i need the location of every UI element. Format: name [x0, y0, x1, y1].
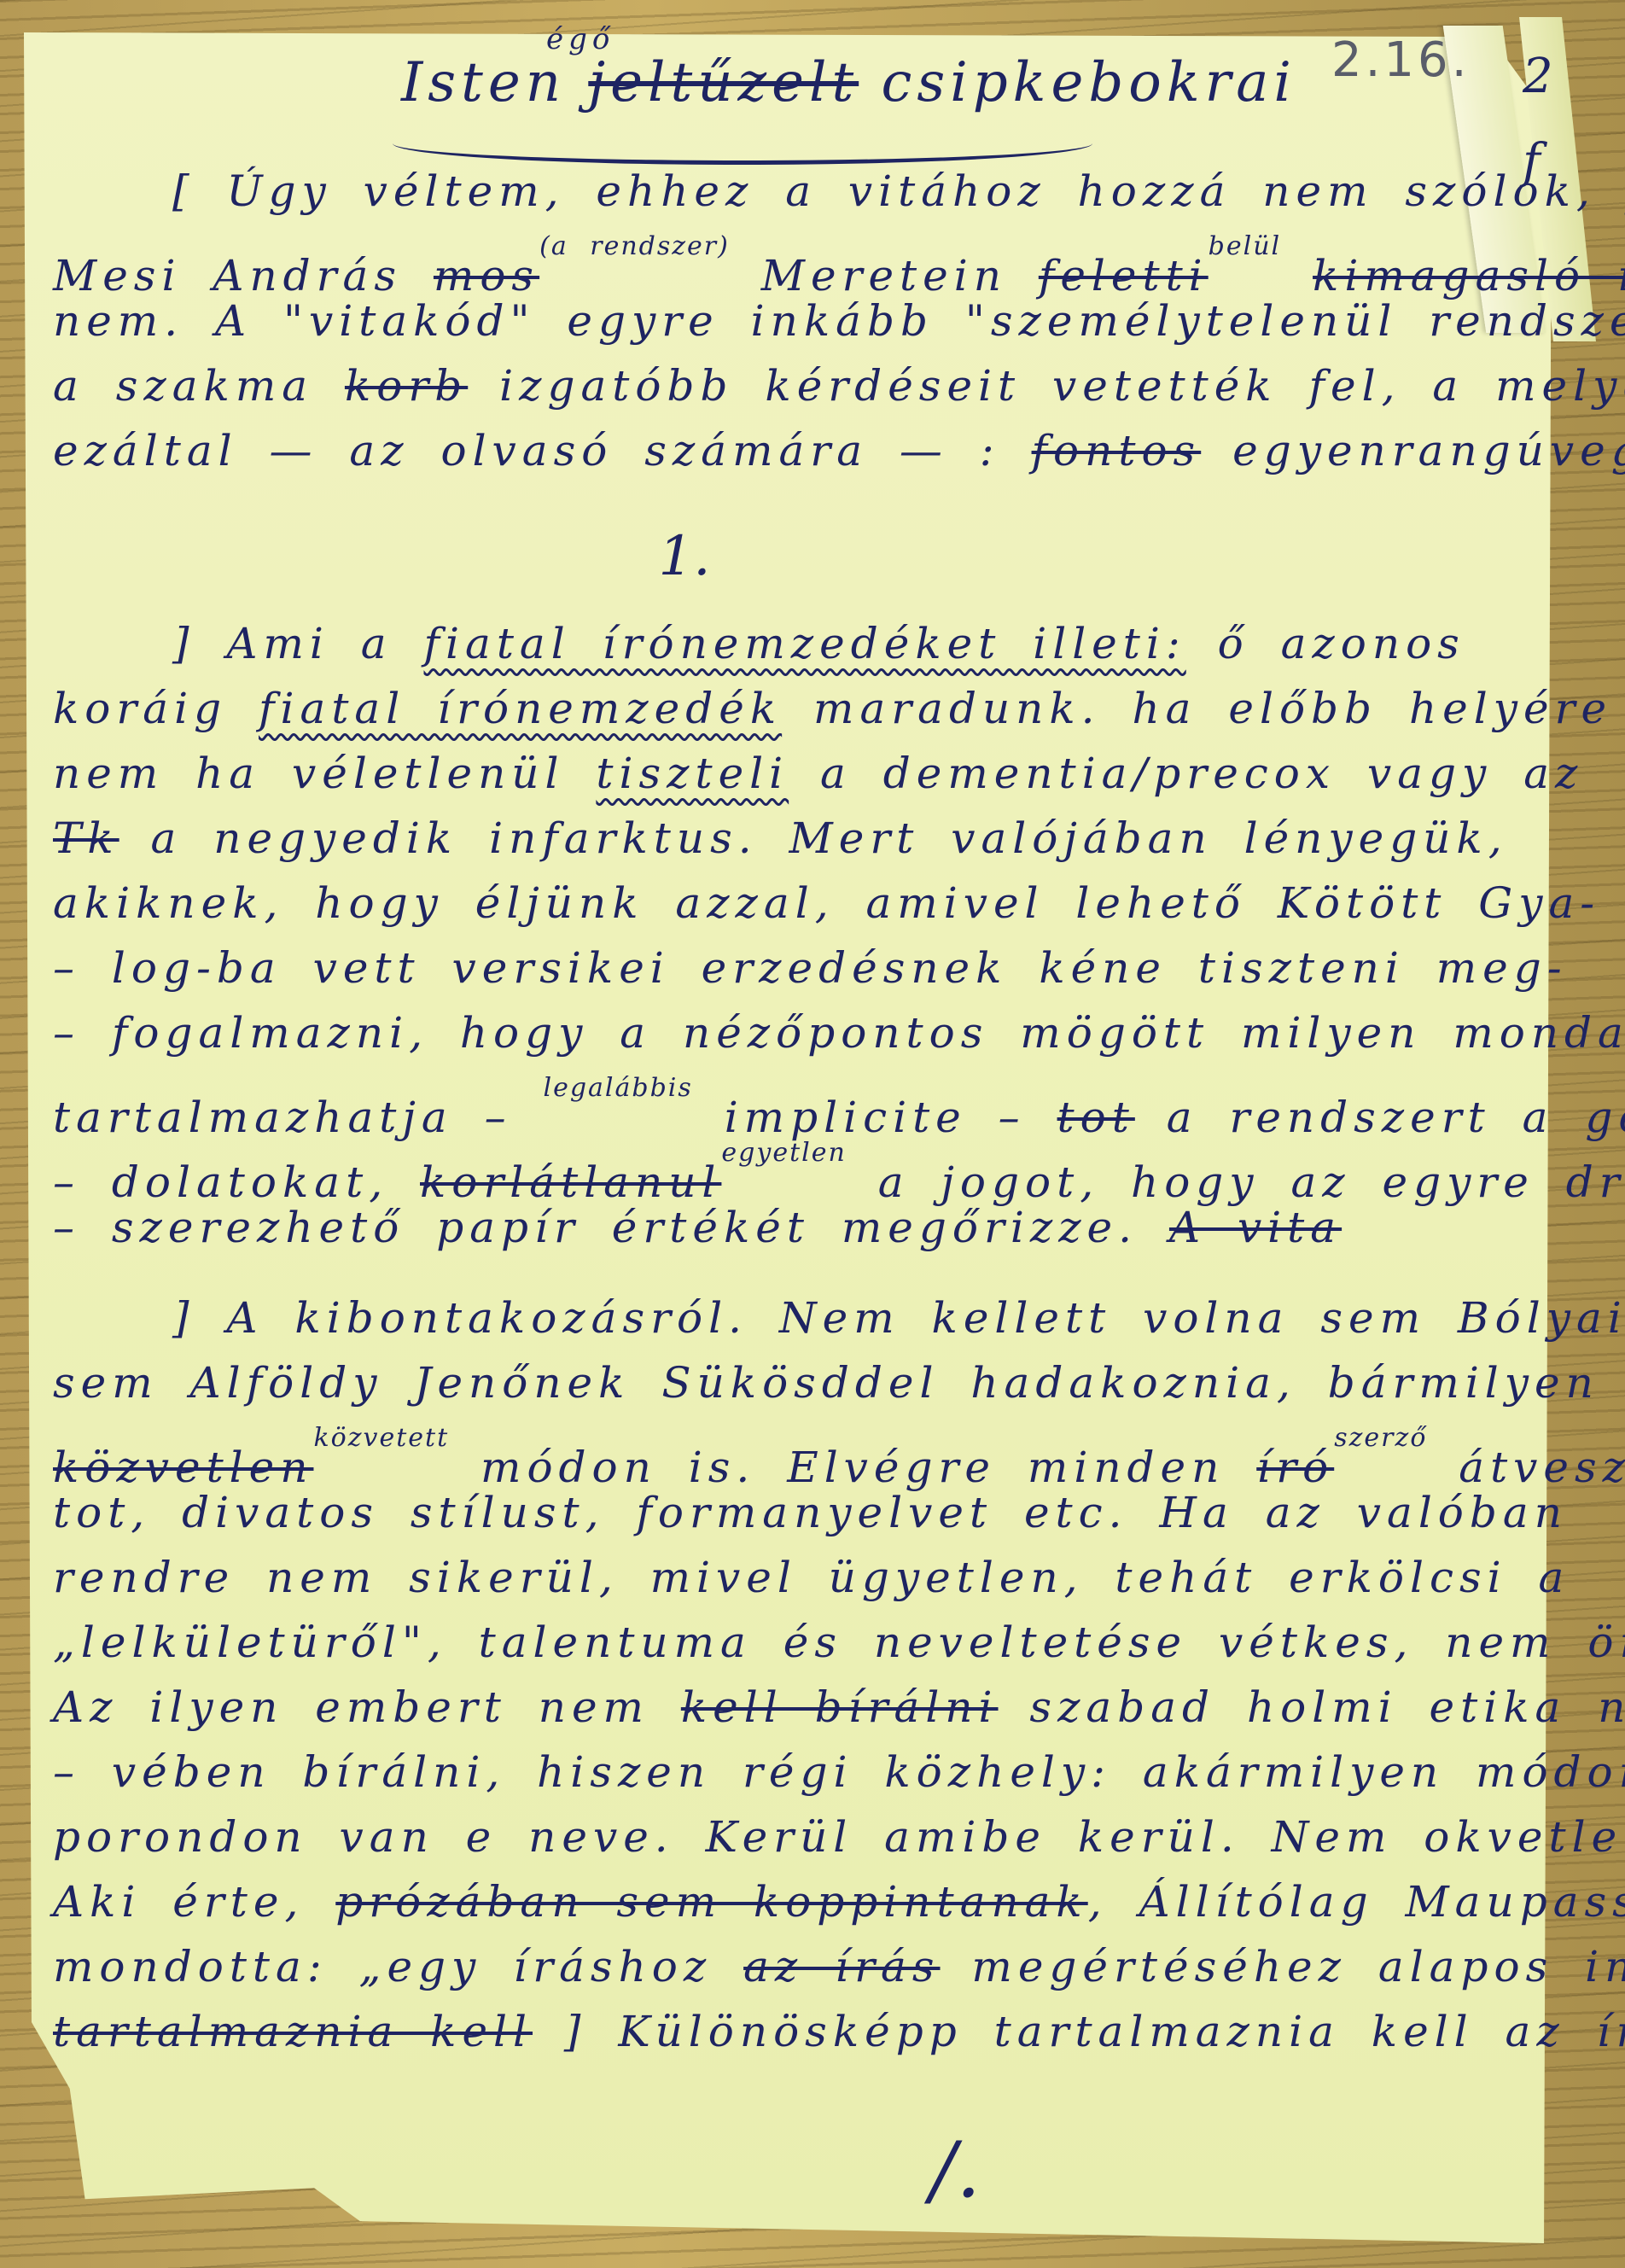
manuscript-line: ] Ami a fiatal írónemzedéket illeti: ő a…	[53, 619, 1504, 684]
text-segment: módon is. Elvégre minden	[449, 1443, 1256, 1492]
text-segment: „lelkületüről", talentuma és neveltetése…	[53, 1618, 1625, 1667]
manuscript-line: nem. A "vitakód" egyre inkább "személyte…	[53, 296, 1504, 361]
text-segment: a dementia/precox vagy az	[789, 749, 1583, 798]
manuscript-line: nem ha véletlenül tiszteli a dementia/pr…	[53, 749, 1504, 813]
manuscript-line: a szakma korb izgatóbb kérdéseit vetetté…	[53, 361, 1504, 426]
struck-text: az írás	[743, 1942, 940, 1991]
manuscript-line: ezáltal — az olvasó számára — : fontos e…	[53, 426, 1504, 491]
manuscript-line: sem Alföldy Jenőnek Sükösddel hadakoznia…	[53, 1358, 1504, 1423]
struck-text: kell bírálni	[681, 1682, 999, 1732]
manuscript-line: – szerezhető papír értékét megőrizze. A …	[53, 1203, 1504, 1268]
manuscript-line: [ Úgy véltem, ehhez a vitához hozzá nem …	[53, 166, 1504, 231]
manuscript-line: akiknek, hogy éljünk azzal, amivel lehet…	[53, 878, 1504, 943]
inserted-text: közvetett	[313, 1423, 449, 1453]
end-mark: /.	[930, 2125, 981, 2215]
page-number: 2.16.	[1331, 32, 1471, 88]
manuscript-line: – dolatokat, korlátlanulegyetlen a jogot…	[53, 1138, 1504, 1203]
text-segment: tartalmazhatja –	[53, 1093, 543, 1142]
manuscript-line: Az ilyen embert nem kell bírálni szabad …	[53, 1682, 1504, 1747]
edge-mark: 2	[1523, 34, 1557, 120]
text-segment: ezáltal — az olvasó számára — :	[53, 426, 1032, 475]
text-segment: – dolatokat,	[53, 1157, 420, 1207]
manuscript-body: [ Úgy véltem, ehhez a vitához hozzá nem …	[53, 166, 1504, 2072]
text-segment: Aki érte,	[53, 1877, 335, 1927]
underlined-text: fiatal írónemzedéket illeti:	[424, 619, 1186, 668]
inserted-text: legalábbis	[543, 1073, 692, 1103]
text-segment: nem. A "vitakód" egyre inkább "személyte…	[53, 296, 1625, 346]
manuscript-line: Tk a negyedik infarktus. Mert valójában …	[53, 813, 1504, 878]
manuscript-line: koráig fiatal írónemzedék maradunk. ha e…	[53, 684, 1504, 749]
inserted-text: szerző	[1334, 1423, 1427, 1453]
struck-text: közvetlen	[53, 1443, 313, 1492]
manuscript-line: tartalmazhatja – legalábbis implicite – …	[53, 1073, 1504, 1138]
struck-text: író	[1256, 1443, 1334, 1492]
text-segment: maradunk. ha előbb helyére	[782, 684, 1612, 733]
page-title: Isten jeltűzelt égő csipkebokrai	[401, 51, 1296, 114]
struck-text: feletti	[1039, 251, 1209, 300]
struck-text: korlátlanul	[420, 1157, 721, 1207]
text-segment: – fogalmazni, hogy a nézőpontos mögött m…	[53, 1008, 1625, 1058]
title-struck-word: jeltűzelt	[588, 51, 859, 114]
text-segment: – szerezhető papír értékét megőrizze.	[53, 1203, 1169, 1252]
struck-text: Tk	[53, 813, 119, 863]
text-segment: a rendszert a gon-	[1135, 1093, 1625, 1142]
manuscript-line: mondotta: „egy íráshoz az írás megértésé…	[53, 1942, 1504, 2007]
text-segment: a szakma	[53, 361, 345, 411]
struck-text: korb	[345, 361, 468, 411]
text-segment: Meretein	[730, 251, 1039, 300]
text-segment: ] Ami a	[172, 619, 424, 668]
text-segment: porondon van e neve. Kerül amibe kerül. …	[53, 1812, 1625, 1862]
manuscript-line: „lelkületüről", talentuma és neveltetése…	[53, 1618, 1504, 1682]
manuscript-line: rendre nem sikerül, mivel ügyetlen, tehá…	[53, 1553, 1504, 1618]
manuscript-line: közvetlenközvetett módon is. Elvégre min…	[53, 1423, 1504, 1488]
text-segment: izgatóbb kérdéseit vetették fel, a melye…	[468, 361, 1625, 411]
title-word: csipkebokrai	[882, 51, 1296, 114]
text-segment: ] Különösképp tartalmaznia kell az írásn…	[533, 2007, 1625, 2056]
text-segment: implicite –	[693, 1093, 1057, 1142]
text-segment: Az ilyen embert nem	[53, 1682, 681, 1732]
text-segment: Mesi András	[53, 251, 434, 300]
text-segment: [ Úgy véltem, ehhez a vitához hozzá nem …	[172, 166, 1625, 216]
manuscript-line: – vében bírálni, hiszen régi közhely: ak…	[53, 1747, 1504, 1812]
text-segment: , Állítólag Maupassant	[1088, 1877, 1625, 1927]
underlined-text: tiszteli	[596, 749, 789, 798]
struck-text: kimagasló írása	[1313, 251, 1625, 300]
text-segment: szabad holmi etika ne-	[999, 1682, 1625, 1732]
text-segment: megértéséhez alapos információkat	[941, 1942, 1625, 1991]
text-segment: ő azonos	[1186, 619, 1465, 668]
text-segment: – log-ba vett versikei erzedésnek kéne t…	[53, 943, 1568, 993]
manuscript-line: porondon van e neve. Kerül amibe kerül. …	[53, 1812, 1504, 1877]
manuscript-line: Aki érte, prózában sem koppintanak, Állí…	[53, 1877, 1504, 1942]
manuscript-line: ] A kibontakozásról. Nem kellett volna s…	[53, 1293, 1504, 1358]
struck-text: A vita	[1169, 1203, 1342, 1252]
title-inserted-word: égő	[546, 22, 614, 56]
text-segment: mondotta: „egy íráshoz	[53, 1942, 743, 1991]
text-segment: koráig	[53, 684, 259, 733]
text-segment: ] A kibontakozásról. Nem kellett volna s…	[172, 1293, 1625, 1343]
manuscript-line: – fogalmazni, hogy a nézőpontos mögött m…	[53, 1008, 1504, 1073]
inserted-text: egyetlen	[721, 1138, 846, 1168]
manuscript-line: tartalmaznia kell ] Különösképp tartalma…	[53, 2007, 1504, 2072]
paragraph-gap	[53, 1268, 1504, 1293]
manuscript-line: Mesi András mos(a rendszer) Meretein fel…	[53, 231, 1504, 296]
title-word: Isten	[401, 51, 566, 114]
text-segment	[1281, 251, 1313, 300]
text-segment: átveszi stílusfordula-	[1427, 1443, 1625, 1492]
text-segment: tot, divatos stílust, formanyelvet etc. …	[53, 1488, 1568, 1537]
struck-text: tot	[1057, 1093, 1135, 1142]
text-segment: egyenrangúvegek.	[1201, 426, 1625, 475]
text-segment: a jogot, hogy az egyre drágábban be-	[847, 1157, 1625, 1207]
inserted-text: belül	[1209, 231, 1281, 261]
struck-text: tartalmaznia kell	[53, 2007, 533, 2056]
struck-text: fontos	[1032, 426, 1202, 475]
text-segment: nem ha véletlenül	[53, 749, 596, 798]
underlined-text: fiatal írónemzedék	[259, 684, 782, 733]
text-segment: – vében bírálni, hiszen régi közhely: ak…	[53, 1747, 1625, 1797]
struck-text: mos	[434, 251, 539, 300]
text-segment: sem Alföldy Jenőnek Sükösddel hadakoznia…	[53, 1358, 1599, 1408]
manuscript-line: tot, divatos stílust, formanyelvet etc. …	[53, 1488, 1504, 1553]
inserted-text: (a rendszer)	[539, 231, 730, 261]
struck-text: prózában sem koppintanak	[335, 1877, 1087, 1927]
text-segment: rendre nem sikerül, mivel ügyetlen, tehá…	[53, 1553, 1570, 1602]
manuscript-line: – log-ba vett versikei erzedésnek kéne t…	[53, 943, 1504, 1008]
text-segment: akiknek, hogy éljünk azzal, amivel lehet…	[53, 878, 1600, 928]
text-segment: a negyedik infarktus. Mert valójában lén…	[119, 813, 1508, 863]
section-number: 1.	[53, 491, 1504, 619]
